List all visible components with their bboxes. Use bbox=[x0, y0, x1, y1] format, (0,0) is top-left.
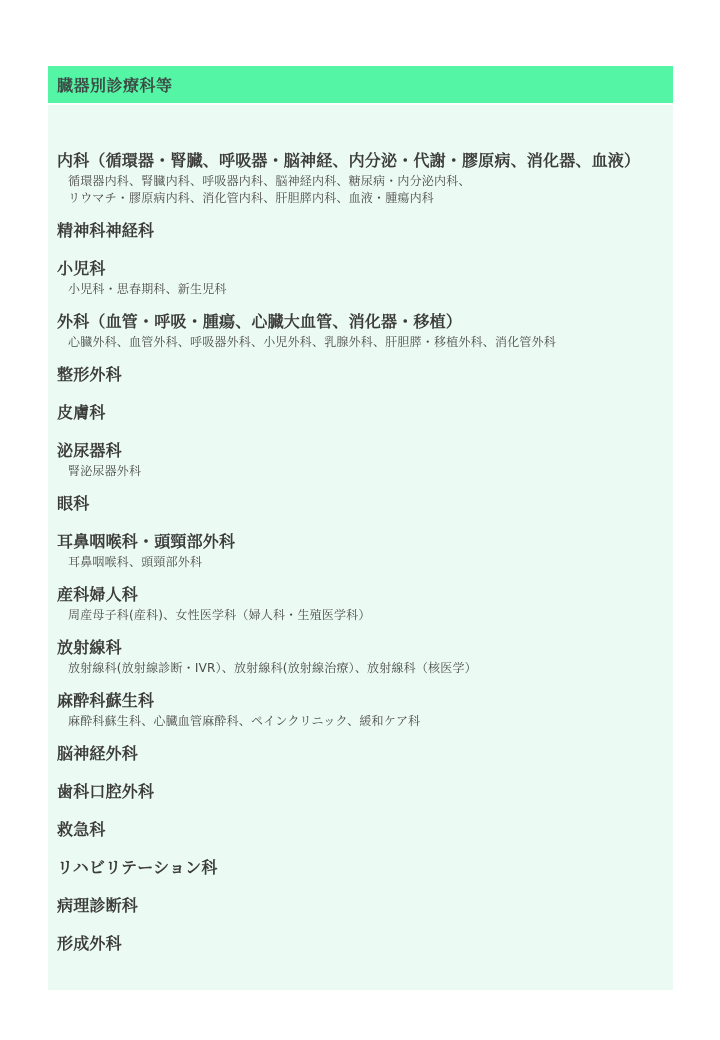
department-heading: 救急科 bbox=[57, 820, 663, 840]
department-subline: 周産母子科(産科)、女性医学科（婦人科・生殖医学科） bbox=[68, 607, 663, 624]
department-heading: 放射線科 bbox=[57, 638, 663, 658]
department-heading: 小児科 bbox=[57, 259, 663, 279]
department-sublines: 循環器内科、腎臓内科、呼吸器内科、脳神経内科、糖尿病・内分泌内科、リウマチ・膠原… bbox=[68, 173, 663, 207]
departments-list: 内科（循環器・腎臓、呼吸器・脳神経、内分泌・代謝・膠原病、消化器、血液） 循環器… bbox=[48, 105, 673, 990]
department-heading: リハビリテーション科 bbox=[57, 858, 663, 878]
department-heading: 脳神経外科 bbox=[57, 744, 663, 764]
department-sublines: 周産母子科(産科)、女性医学科（婦人科・生殖医学科） bbox=[68, 607, 663, 624]
department-subline: 腎泌尿器外科 bbox=[68, 463, 663, 480]
department-section: 外科（血管・呼吸・腫瘍、心臓大血管、消化器・移植） 心臓外科、血管外科、呼吸器外… bbox=[57, 312, 663, 351]
department-heading: 泌尿器科 bbox=[57, 441, 663, 461]
department-subline: 耳鼻咽喉科、頭頸部外科 bbox=[68, 554, 663, 571]
department-subline: 小児科・思春期科、新生児科 bbox=[68, 281, 663, 298]
department-sublines: 心臓外科、血管外科、呼吸器外科、小児外科、乳腺外科、肝胆膵・移植外科、消化管外科 bbox=[68, 334, 663, 351]
department-heading: 形成外科 bbox=[57, 934, 663, 954]
department-subline: 放射線科(放射線診断・IVR）、放射線科(放射線治療）、放射線科（核医学） bbox=[68, 660, 663, 677]
department-section: 救急科 bbox=[57, 820, 663, 840]
department-section: 麻酔科蘇生科 麻酔科蘇生科、心臓血管麻酔科、ペインクリニック、緩和ケア科 bbox=[57, 691, 663, 730]
department-section: 脳神経外科 bbox=[57, 744, 663, 764]
department-sublines: 耳鼻咽喉科、頭頸部外科 bbox=[68, 554, 663, 571]
department-section: 小児科 小児科・思春期科、新生児科 bbox=[57, 259, 663, 298]
department-section: 形成外科 bbox=[57, 934, 663, 954]
department-subline: リウマチ・膠原病内科、消化管内科、肝胆膵内科、血液・腫瘍内科 bbox=[68, 190, 663, 207]
department-sublines: 腎泌尿器外科 bbox=[68, 463, 663, 480]
department-heading: 眼科 bbox=[57, 494, 663, 514]
department-heading: 精神科神経科 bbox=[57, 221, 663, 241]
department-section: 放射線科 放射線科(放射線診断・IVR）、放射線科(放射線治療）、放射線科（核医… bbox=[57, 638, 663, 677]
department-section: 精神科神経科 bbox=[57, 221, 663, 241]
department-sublines: 麻酔科蘇生科、心臓血管麻酔科、ペインクリニック、緩和ケア科 bbox=[68, 713, 663, 730]
department-section: 泌尿器科 腎泌尿器外科 bbox=[57, 441, 663, 480]
department-subline: 麻酔科蘇生科、心臓血管麻酔科、ペインクリニック、緩和ケア科 bbox=[68, 713, 663, 730]
department-heading: 内科（循環器・腎臓、呼吸器・脳神経、内分泌・代謝・膠原病、消化器、血液） bbox=[57, 151, 663, 171]
department-section: 産科婦人科 周産母子科(産科)、女性医学科（婦人科・生殖医学科） bbox=[57, 585, 663, 624]
department-section: 病理診断科 bbox=[57, 896, 663, 916]
department-section: 整形外科 bbox=[57, 365, 663, 385]
page-title: 臓器別診療科等 bbox=[57, 73, 173, 96]
department-section: 皮膚科 bbox=[57, 403, 663, 423]
department-heading: 外科（血管・呼吸・腫瘍、心臓大血管、消化器・移植） bbox=[57, 312, 663, 332]
department-subline: 循環器内科、腎臓内科、呼吸器内科、脳神経内科、糖尿病・内分泌内科、 bbox=[68, 173, 663, 190]
department-subline: 心臓外科、血管外科、呼吸器外科、小児外科、乳腺外科、肝胆膵・移植外科、消化管外科 bbox=[68, 334, 663, 351]
department-heading: 産科婦人科 bbox=[57, 585, 663, 605]
department-section: 眼科 bbox=[57, 494, 663, 514]
department-section: 歯科口腔外科 bbox=[57, 782, 663, 802]
department-heading: 皮膚科 bbox=[57, 403, 663, 423]
department-heading: 麻酔科蘇生科 bbox=[57, 691, 663, 711]
department-sublines: 小児科・思春期科、新生児科 bbox=[68, 281, 663, 298]
department-section: リハビリテーション科 bbox=[57, 858, 663, 878]
department-heading: 耳鼻咽喉科・頭頸部外科 bbox=[57, 532, 663, 552]
department-sublines: 放射線科(放射線診断・IVR）、放射線科(放射線治療）、放射線科（核医学） bbox=[68, 660, 663, 677]
department-heading: 整形外科 bbox=[57, 365, 663, 385]
department-section: 耳鼻咽喉科・頭頸部外科 耳鼻咽喉科、頭頸部外科 bbox=[57, 532, 663, 571]
department-heading: 病理診断科 bbox=[57, 896, 663, 916]
department-section: 内科（循環器・腎臓、呼吸器・脳神経、内分泌・代謝・膠原病、消化器、血液） 循環器… bbox=[57, 151, 663, 207]
department-heading: 歯科口腔外科 bbox=[57, 782, 663, 802]
departments-panel: 臓器別診療科等 内科（循環器・腎臓、呼吸器・脳神経、内分泌・代謝・膠原病、消化器… bbox=[48, 66, 673, 990]
section-title-bar: 臓器別診療科等 bbox=[48, 66, 673, 103]
